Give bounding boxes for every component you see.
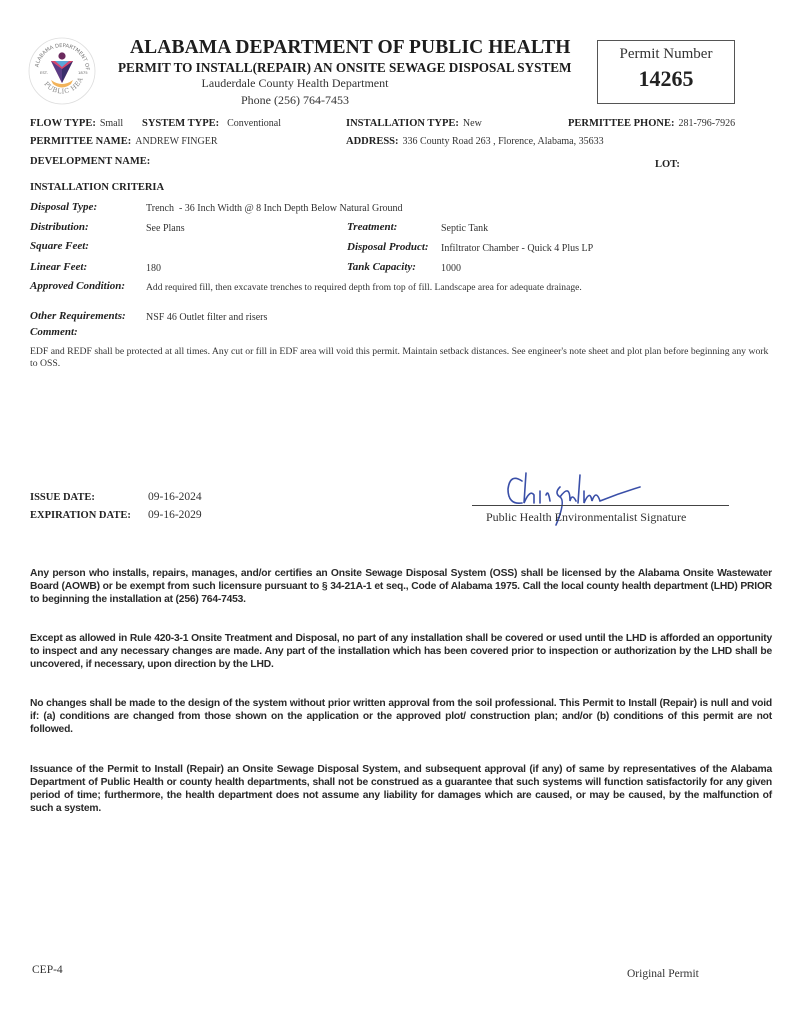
flow-type-value: Small [100, 118, 123, 129]
disposal-type-value: Trench - 36 Inch Width @ 8 Inch Depth Be… [146, 203, 403, 214]
system-type-value: Conventional [227, 118, 281, 129]
development-name-label: DEVELOPMENT NAME: [30, 156, 150, 167]
disposal-type-label: Disposal Type: [30, 201, 97, 213]
other-requirements-value: NSF 46 Outlet filter and risers [146, 312, 267, 323]
lot-field: LOT: [655, 154, 680, 172]
permit-title: PERMIT TO INSTALL(REPAIR) AN ONSITE SEWA… [118, 60, 572, 76]
distribution-label: Distribution: [30, 221, 89, 233]
disposal-product-value: Infiltrator Chamber - Quick 4 Plus LP [441, 243, 593, 254]
agency-title: ALABAMA DEPARTMENT OF PUBLIC HEALTH [130, 37, 571, 59]
lot-label: LOT: [655, 159, 680, 170]
disposal-product-label: Disposal Product: [347, 241, 429, 253]
tank-capacity-value: 1000 [441, 263, 461, 274]
system-type-field: SYSTEM TYPE: Conventional [142, 113, 281, 131]
permittee-name-label: PERMITTEE NAME: [30, 136, 131, 147]
installation-type-label: INSTALLATION TYPE: [346, 118, 459, 129]
address-label: ADDRESS: [346, 136, 399, 147]
svg-text:EST.: EST. [40, 70, 48, 75]
system-type-label: SYSTEM TYPE: [142, 118, 219, 129]
treatment-value: Septic Tank [441, 223, 488, 234]
comment-text: EDF and REDF shall be protected at all t… [30, 346, 770, 369]
form-code: CEP-4 [32, 964, 63, 976]
approved-condition-value: Add required fill, then excavate trenche… [146, 282, 582, 293]
department-phone: Phone (256) 764-7453 [0, 93, 590, 108]
square-feet-label: Square Feet: [30, 240, 89, 252]
permit-number-box: Permit Number 14265 [597, 40, 735, 104]
installation-type-field: INSTALLATION TYPE: New [346, 113, 482, 131]
permittee-phone-label: PERMITTEE PHONE: [568, 118, 674, 129]
comment-label: Comment: [30, 326, 78, 338]
development-name-field: DEVELOPMENT NAME: [30, 151, 150, 169]
licensing-notice: Any person who installs, repairs, manage… [30, 567, 772, 606]
issue-date-value: 09-16-2024 [148, 491, 202, 503]
approved-condition-label: Approved Condition: [30, 280, 125, 292]
linear-feet-value: 180 [146, 263, 161, 274]
address-field: ADDRESS: 336 County Road 263 , Florence,… [346, 131, 604, 149]
county-department: Lauderdale County Health Department [0, 76, 590, 91]
flow-type-label: FLOW TYPE: [30, 118, 96, 129]
permit-number-label: Permit Number [598, 46, 734, 63]
address-value: 336 County Road 263 , Florence, Alabama,… [403, 136, 604, 147]
expiration-date-label: EXPIRATION DATE: [30, 510, 131, 521]
linear-feet-label: Linear Feet: [30, 261, 87, 273]
design-change-notice: No changes shall be made to the design o… [30, 697, 772, 736]
permit-number: 14265 [598, 66, 734, 92]
tank-capacity-label: Tank Capacity: [347, 261, 416, 273]
distribution-value: See Plans [146, 223, 185, 234]
expiration-date-value: 09-16-2029 [148, 509, 202, 521]
permittee-phone-value: 281-796-7926 [678, 118, 735, 129]
installation-type-value: New [463, 118, 482, 129]
permittee-name-field: PERMITTEE NAME: ANDREW FINGER [30, 131, 218, 149]
svg-text:1875: 1875 [78, 70, 88, 75]
other-requirements-label: Other Requirements: [30, 310, 126, 322]
inspection-notice: Except as allowed in Rule 420-3-1 Onsite… [30, 632, 772, 671]
permittee-name-value: ANDREW FINGER [135, 136, 217, 147]
treatment-label: Treatment: [347, 221, 397, 233]
issue-date-label: ISSUE DATE: [30, 492, 95, 503]
signature-label: Public Health Environmentalist Signature [486, 510, 686, 525]
criteria-heading: INSTALLATION CRITERIA [30, 182, 164, 193]
flow-type-field: FLOW TYPE: Small [30, 113, 123, 131]
liability-disclaimer: Issuance of the Permit to Install (Repai… [30, 763, 772, 815]
permittee-phone-field: PERMITTEE PHONE: 281-796-7926 [568, 113, 735, 131]
copy-type: Original Permit [627, 968, 699, 980]
signature-line [472, 505, 729, 506]
